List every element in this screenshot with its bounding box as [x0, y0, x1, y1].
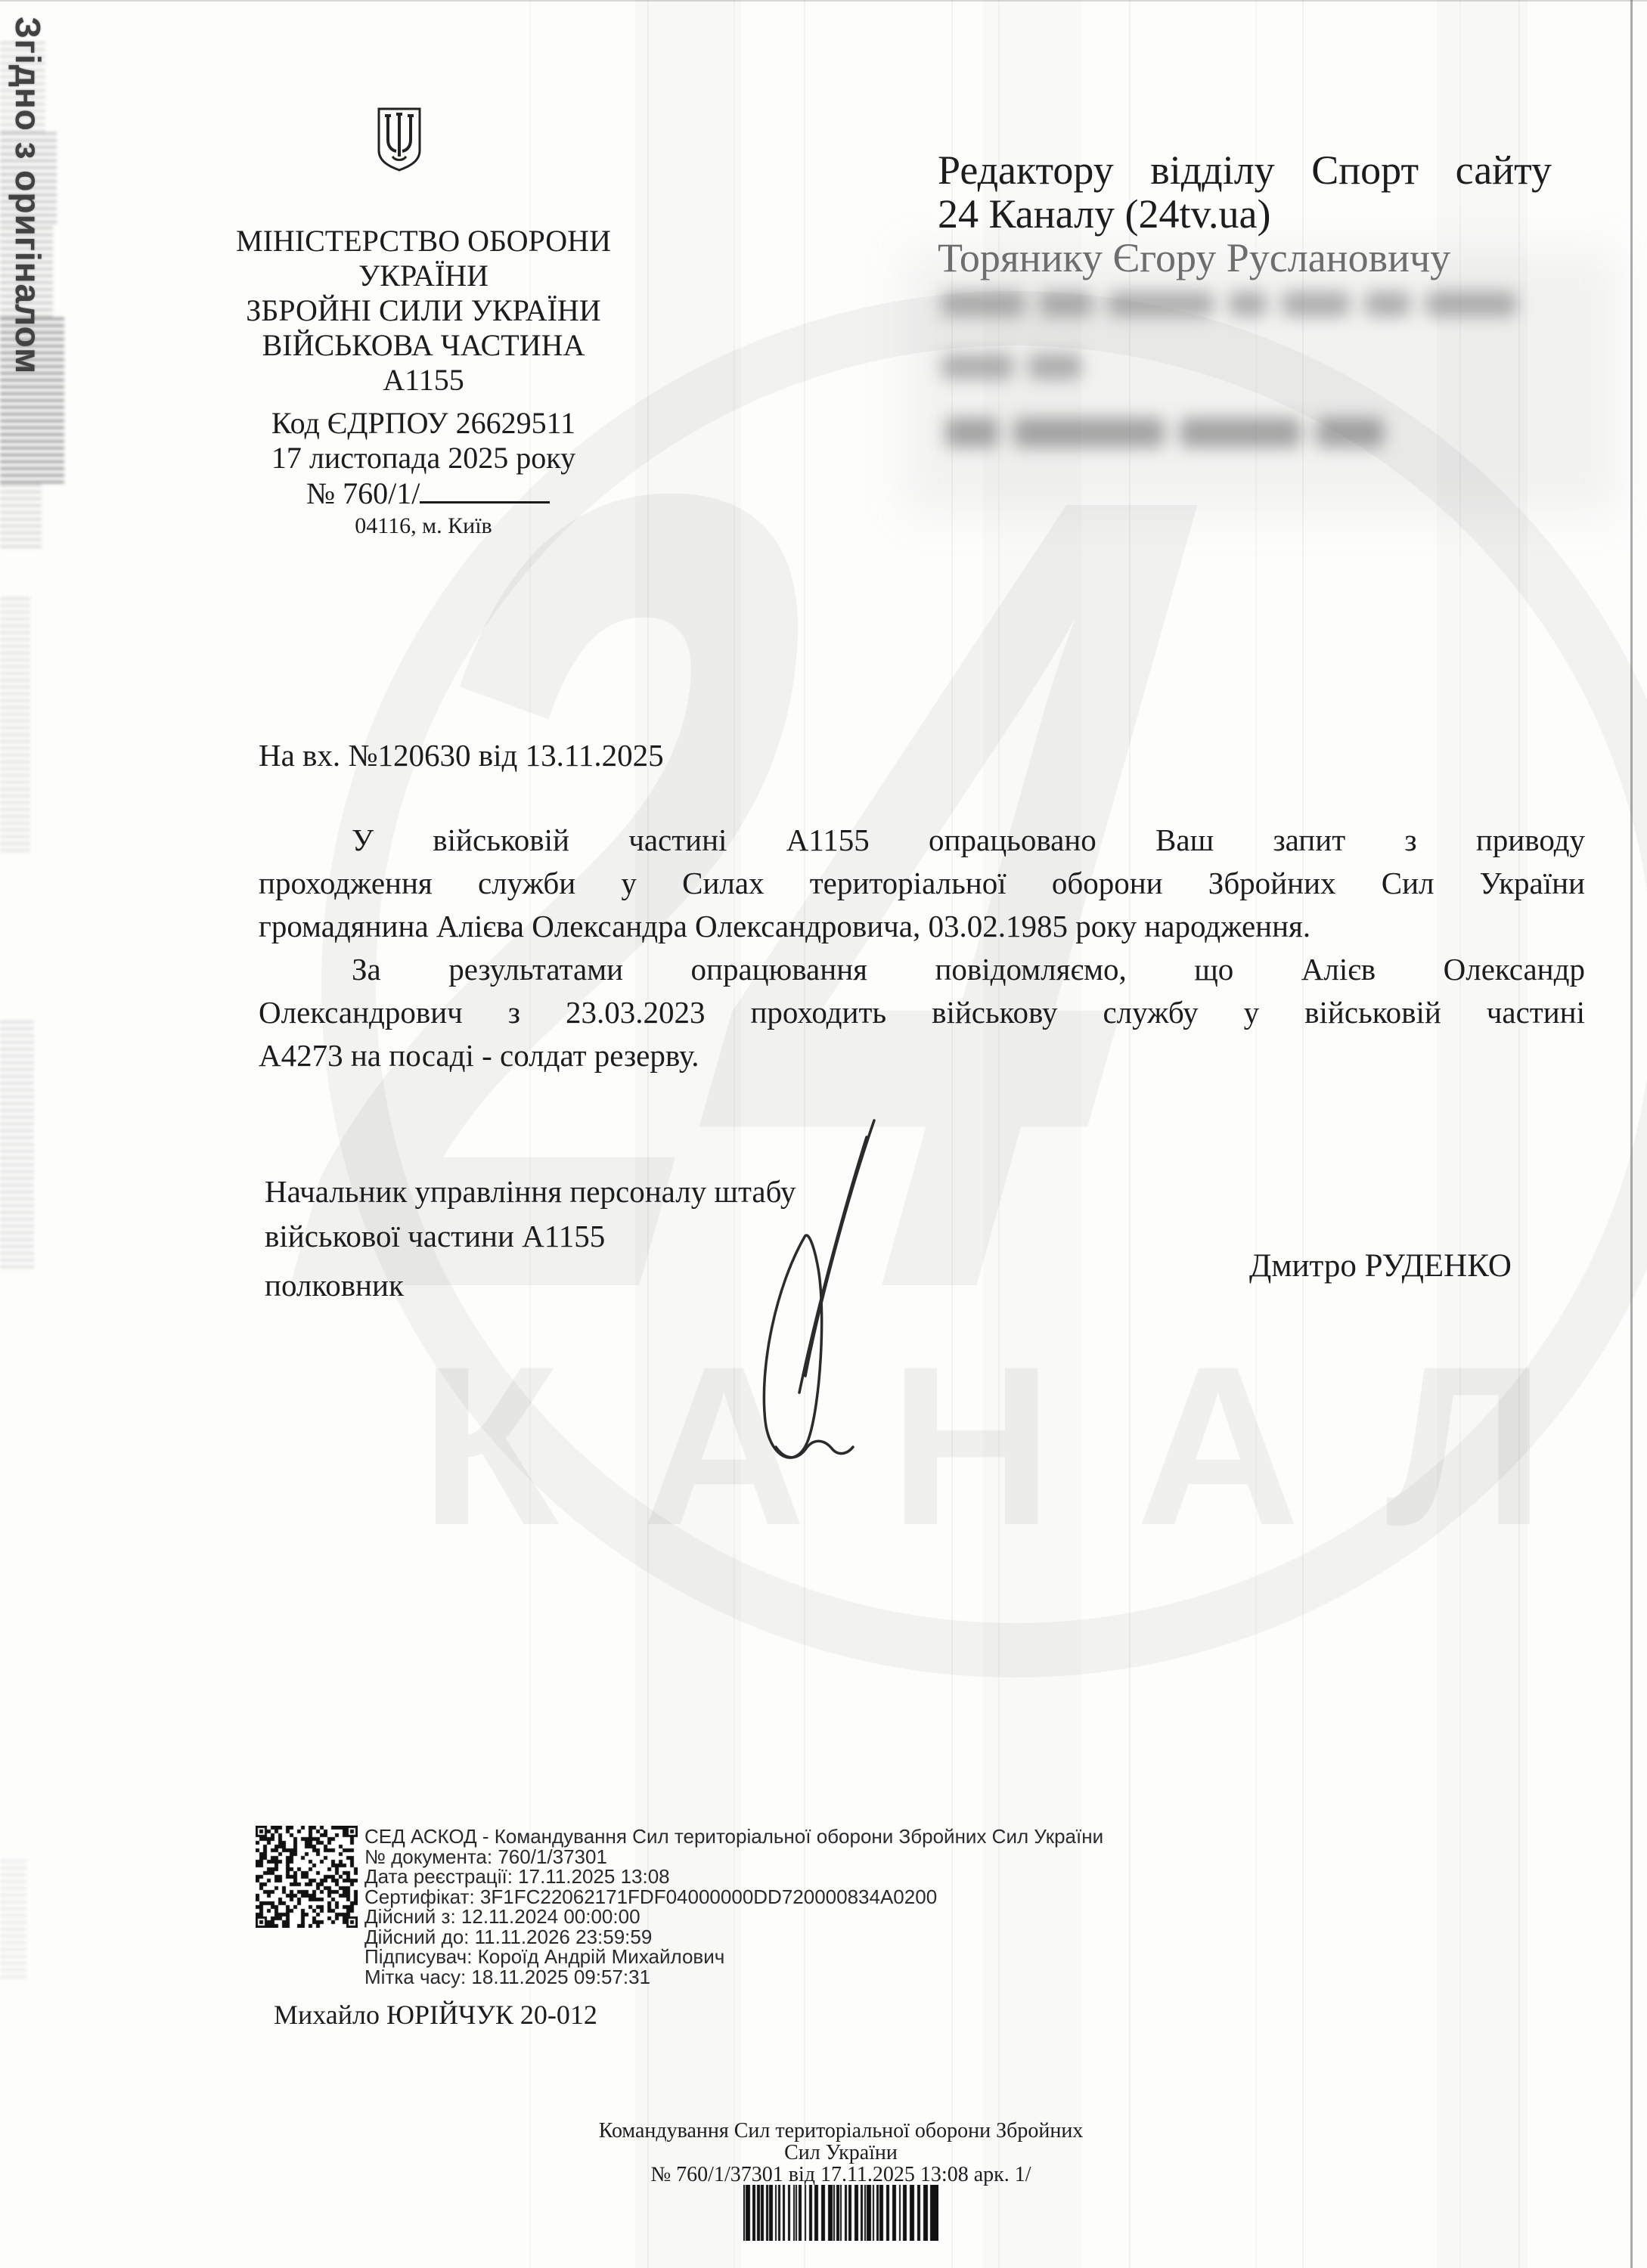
footer-line: Сил України	[463, 2142, 1219, 2164]
edrpou-code: Код ЄДРПОУ 26629511	[227, 406, 620, 441]
page-right-edge	[1630, 0, 1633, 2268]
handwritten-signature	[732, 1110, 895, 1492]
letterhead-line: ВІЙСЬКОВА ЧАСТИНА	[227, 328, 620, 363]
military-unit-number: А1155	[227, 363, 620, 398]
stamp-line: Мітка часу: 18.11.2025 09:57:31	[364, 1967, 1103, 1988]
stamp-line: Дата реєстрації: 17.11.2025 13:08	[364, 1867, 1103, 1887]
page-top-edge	[0, 0, 1647, 2]
redacted-address-line	[941, 354, 1229, 380]
redacted-address-line	[941, 291, 1592, 317]
stamp-line: Дійсний з: 12.11.2024 00:00:00	[364, 1907, 1103, 1927]
certified-copy-label: Згідно з оригіналом	[8, 17, 48, 374]
operator-name: Михайло ЮРІЙЧУК 20-012	[274, 1999, 597, 2031]
scanned-letter-page: 24 КАНАЛ Згідно з оригіналом	[0, 0, 1647, 2268]
addressee-line: 24 Каналу (24tv.ua)	[938, 192, 1552, 236]
body-line: У військовій частині А1155 опрацьовано В…	[259, 819, 1585, 862]
letterhead-line: МІНІСТЕРСТВО ОБОРОНИ	[227, 224, 620, 259]
stamp-line: СЕД АСКОД - Командування Сил територіаль…	[364, 1826, 1103, 1847]
stamp-line: Сертифікат: 3F1FC22062171FDF04000000DD72…	[364, 1887, 1103, 1907]
digital-signature-stamp: СЕД АСКОД - Командування Сил територіаль…	[364, 1826, 1103, 1987]
body-line: проходження служби у Силах територіально…	[259, 862, 1585, 905]
outgoing-number-row: № 760/1/	[227, 476, 620, 511]
ukraine-tryzub-emblem-icon	[376, 107, 423, 172]
redacted-email-line	[945, 417, 1505, 448]
barcode	[743, 2185, 938, 2241]
postal-city: 04116, м. Київ	[227, 511, 620, 541]
signer-rank: полковник	[265, 1267, 404, 1303]
addressee-line: Редактору відділу Спорт сайту	[938, 148, 1552, 192]
letterhead-line: УКРАЇНИ	[227, 259, 620, 293]
body-line: громадянина Алієва Олександра Олександро…	[259, 905, 1585, 948]
incoming-reference: На вх. №120630 від 13.11.2025	[259, 737, 664, 773]
body-line: За результатами опрацювання повідомляємо…	[259, 948, 1585, 991]
letter-body: У військовій частині А1155 опрацьовано В…	[259, 819, 1585, 1077]
stamp-line: Підписувач: Короїд Андрій Михайлович	[364, 1947, 1103, 1967]
signer-position-line2: військової частини А1155	[265, 1218, 605, 1254]
body-line: Олександрович з 23.03.2023 проходить вій…	[259, 991, 1585, 1034]
outgoing-number-prefix: № 760/1/	[306, 476, 420, 510]
blank-number-line	[420, 476, 550, 503]
letterhead-line: ЗБРОЙНІ СИЛИ УКРАЇНИ	[227, 293, 620, 328]
letter-date: 17 листопада 2025 року	[227, 441, 620, 476]
registration-footer: Командування Сил територіальної оборони …	[463, 2120, 1219, 2186]
redaction-wash	[904, 249, 1618, 514]
signer-name: Дмитро РУДЕНКО	[1249, 1247, 1512, 1284]
footer-line: № 760/1/37301 від 17.11.2025 13:08 арк. …	[463, 2164, 1219, 2186]
signer-position-line1: Начальник управління персоналу штабу	[265, 1173, 796, 1210]
stamp-line: Дійсний до: 11.11.2026 23:59:59	[364, 1927, 1103, 1947]
body-line: А4273 на посаді - солдат резерву.	[259, 1034, 1585, 1077]
letterhead: МІНІСТЕРСТВО ОБОРОНИ УКРАЇНИ ЗБРОЙНІ СИЛ…	[227, 224, 620, 541]
footer-line: Командування Сил територіальної оборони …	[463, 2120, 1219, 2142]
qr-code	[256, 1826, 358, 1928]
stamp-line: № документа: 760/1/37301	[364, 1847, 1103, 1867]
